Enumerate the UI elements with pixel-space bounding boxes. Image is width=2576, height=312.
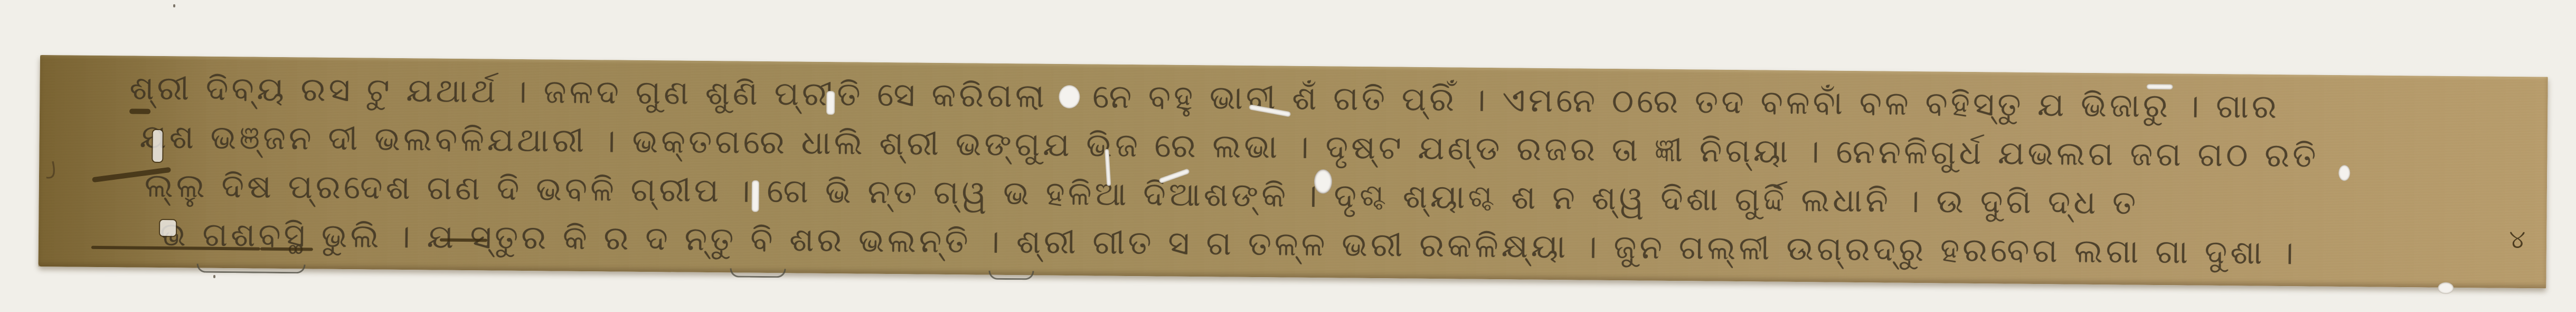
binding-thread [730, 268, 786, 278]
worm-damage [160, 220, 176, 236]
margin-mark: ꠸ [50, 155, 56, 183]
worm-hole [2338, 165, 2350, 181]
palm-leaf: ꠸ ଶ୍ରୀ ଦିବ୍ୟ ରସ ଟୁ ଯଥାର୍ଥ । ଜଳଦ ଗୁଣ ଶୁଣି… [39, 55, 2548, 288]
worm-damage [153, 130, 163, 162]
binding-thread [988, 271, 1034, 280]
worm-damage [129, 108, 150, 114]
worm-hole [1059, 85, 1080, 108]
worm-damage [260, 247, 313, 251]
worm-hole [2147, 84, 2173, 89]
binding-thread [196, 264, 305, 274]
worm-hole [751, 180, 759, 212]
worm-damage [440, 238, 487, 242]
background-speck [213, 275, 215, 278]
background-speck [173, 4, 175, 7]
folio-number: ୪ [2509, 225, 2525, 255]
worm-hole [2438, 282, 2454, 294]
manuscript-text: ଶ୍ରୀ ଦିବ୍ୟ ରସ ଟୁ ଯଥାର୍ଥ । ଜଳଦ ଗୁଣ ଶୁଣି ପ… [128, 65, 2490, 277]
binding-string-hole [1314, 169, 1332, 194]
worm-hole [826, 91, 835, 115]
